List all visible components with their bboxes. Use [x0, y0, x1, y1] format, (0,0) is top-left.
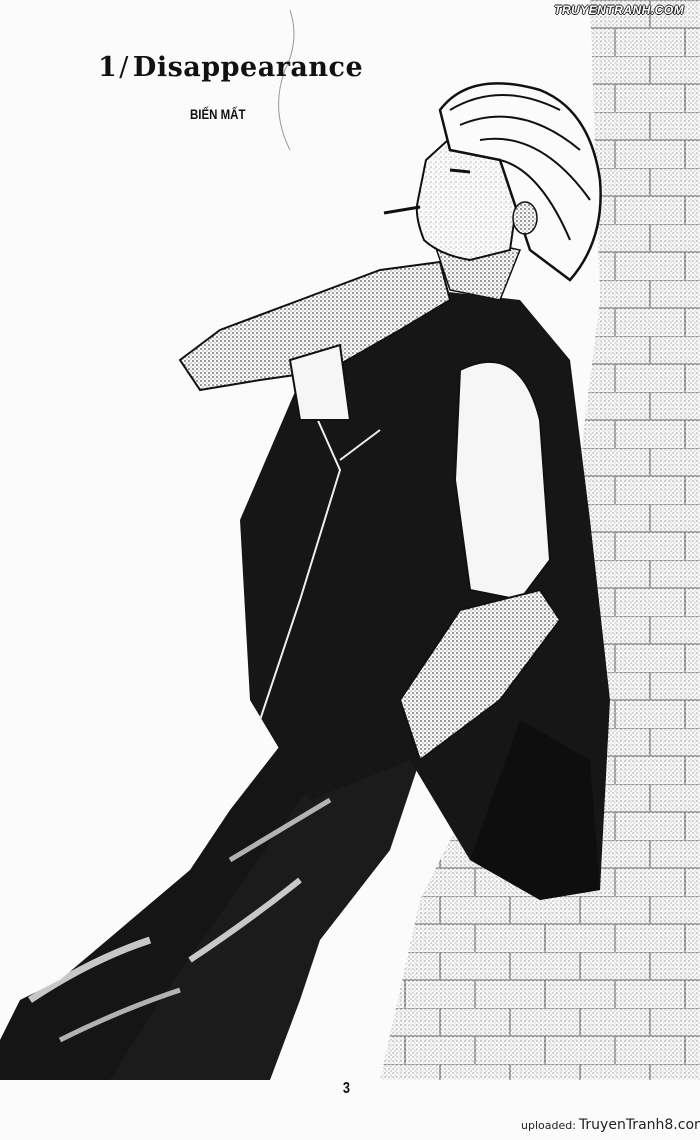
upload-site: TruyenTranh8.com — [579, 1117, 700, 1133]
chapter-title: 1/Disappearance — [98, 52, 363, 83]
cigarette — [384, 207, 420, 213]
chapter-subtitle: BIẾN MẤT — [190, 106, 245, 122]
upload-credit: uploaded:TruyenTranh8.com — [521, 1117, 700, 1133]
page-number: 3 — [343, 1080, 350, 1098]
chapter-separator: / — [119, 52, 129, 83]
illustration — [0, 0, 700, 1140]
manga-page: TRUYENTRANH.COM 1/Disappearance BIẾN MẤT… — [0, 0, 700, 1140]
head — [417, 83, 601, 300]
watermark-top: TRUYENTRANH.COM — [554, 3, 684, 17]
chapter-number: 1 — [98, 52, 117, 83]
upload-label: uploaded: — [521, 1119, 576, 1132]
chapter-title-text: Disappearance — [133, 52, 363, 83]
